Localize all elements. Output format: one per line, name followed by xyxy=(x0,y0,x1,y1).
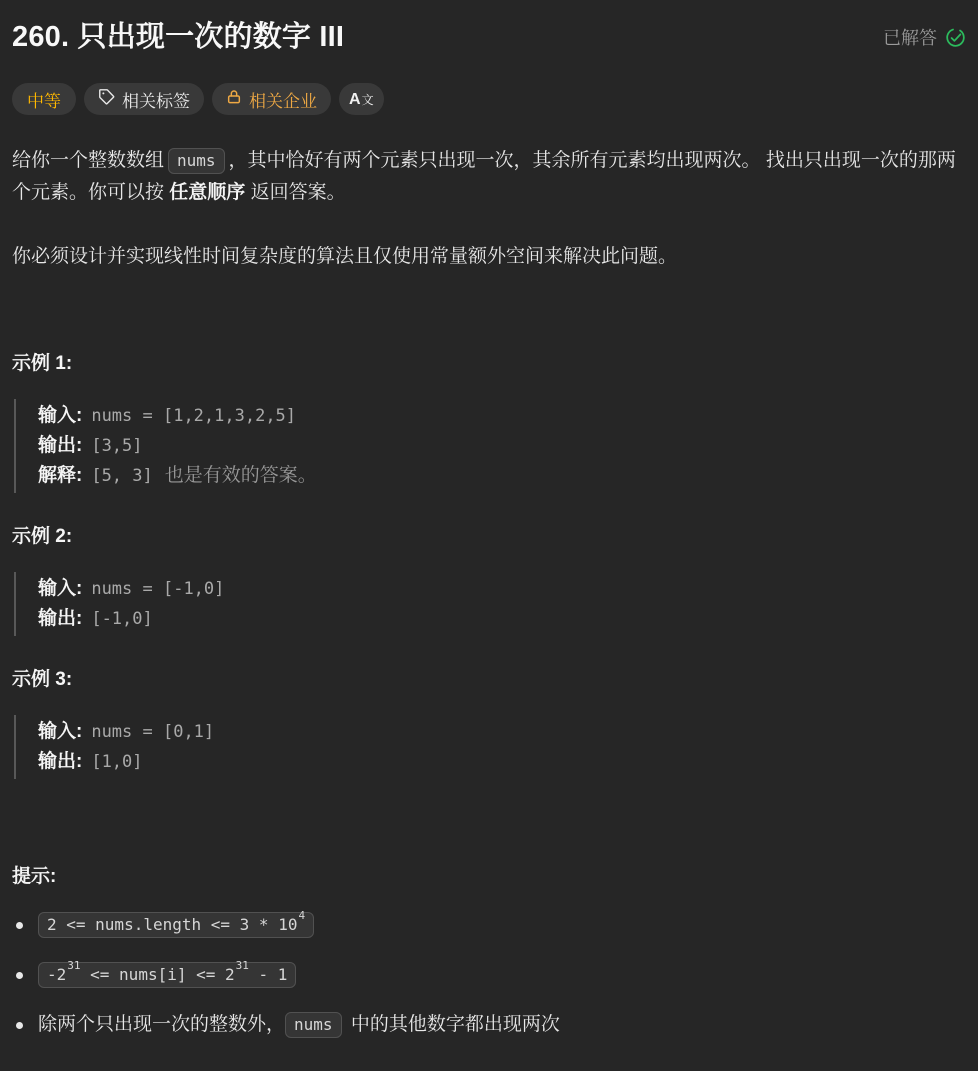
constraint-text: 除两个只出现一次的整数外， xyxy=(38,1014,285,1035)
constraints-list: 2 <= nums.length <= 3 * 104 -231 <= nums… xyxy=(12,910,966,1040)
example-2-heading: 示例 2: xyxy=(12,521,966,548)
input-label: 输入: xyxy=(38,721,82,742)
related-tags-label: 相关标签 xyxy=(122,87,190,112)
constraint-item: 2 <= nums.length <= 3 * 104 xyxy=(12,910,966,940)
input-value: nums = [-1,0] xyxy=(91,579,224,599)
inline-code-nums: nums xyxy=(168,148,225,174)
problem-description-paragraph: 给你一个整数数组nums，其中恰好有两个元素只出现一次，其余所有元素均出现两次。… xyxy=(12,145,966,209)
check-circle-icon xyxy=(945,27,966,48)
example-input-line: 输入:nums = [-1,0] xyxy=(38,574,966,604)
related-companies-badge[interactable]: 相关企业 xyxy=(212,83,331,115)
difficulty-badge: 中等 xyxy=(12,83,76,115)
related-companies-label: 相关企业 xyxy=(249,87,317,112)
output-value: [-1,0] xyxy=(91,609,152,629)
output-label: 输出: xyxy=(38,751,82,772)
constraint-code: 2 <= nums.length <= 3 * 104 xyxy=(38,912,314,938)
input-value: nums = [1,2,1,3,2,5] xyxy=(91,406,296,426)
hints-heading: 提示: xyxy=(12,861,966,888)
explain-code: [5, 3] xyxy=(91,466,152,486)
output-label: 输出: xyxy=(38,608,82,629)
example-output-line: 输出:[-1,0] xyxy=(38,604,966,634)
translate-icon: A文 xyxy=(349,89,374,109)
output-label: 输出: xyxy=(38,435,82,456)
example-input-line: 输入:nums = [0,1] xyxy=(38,717,966,747)
constraint-text: 中的其他数字都出现两次 xyxy=(346,1014,560,1035)
complexity-requirement-paragraph: 你必须设计并实现线性时间复杂度的算法且仅使用常量额外空间来解决此问题。 xyxy=(12,241,966,273)
explain-label: 解释: xyxy=(38,465,82,486)
lock-icon xyxy=(226,89,242,110)
superscript: 31 xyxy=(236,959,249,972)
example-explain-line: 解释:[5, 3]也是有效的答案。 xyxy=(38,461,966,491)
superscript: 31 xyxy=(67,959,80,972)
desc-text: 返回答案。 xyxy=(245,182,345,203)
constraint-item: 除两个只出现一次的整数外，nums 中的其他数字都出现两次 xyxy=(12,1010,966,1040)
explain-text: 也是有效的答案。 xyxy=(165,465,317,486)
output-value: [1,0] xyxy=(91,752,142,772)
example-input-line: 输入:nums = [1,2,1,3,2,5] xyxy=(38,401,966,431)
example-3-heading: 示例 3: xyxy=(12,664,966,691)
example-output-line: 输出:[1,0] xyxy=(38,747,966,777)
tag-icon xyxy=(98,88,115,110)
constraint-item: -231 <= nums[i] <= 231 - 1 xyxy=(12,960,966,990)
example-output-line: 输出:[3,5] xyxy=(38,431,966,461)
desc-bold: 任意顺序 xyxy=(169,182,245,203)
input-label: 输入: xyxy=(38,405,82,426)
desc-text: 给你一个整数数组 xyxy=(12,150,164,171)
badge-row: 中等 相关标签 相关企业 A文 xyxy=(12,83,966,115)
inline-code-nums: nums xyxy=(285,1012,342,1038)
example-1-heading: 示例 1: xyxy=(12,348,966,375)
input-value: nums = [0,1] xyxy=(91,722,214,742)
superscript: 4 xyxy=(298,909,305,922)
example-2-block: 输入:nums = [-1,0] 输出:[-1,0] xyxy=(14,572,966,636)
header: 260. 只出现一次的数字 III 已解答 xyxy=(12,14,966,56)
example-3-block: 输入:nums = [0,1] 输出:[1,0] xyxy=(14,715,966,779)
solved-label: 已解答 xyxy=(883,24,937,50)
translate-badge[interactable]: A文 xyxy=(339,83,384,115)
example-1-block: 输入:nums = [1,2,1,3,2,5] 输出:[3,5] 解释:[5, … xyxy=(14,399,966,493)
related-tags-badge[interactable]: 相关标签 xyxy=(84,83,204,115)
constraint-code: -231 <= nums[i] <= 231 - 1 xyxy=(38,962,296,988)
output-value: [3,5] xyxy=(91,436,142,456)
page-title: 260. 只出现一次的数字 III xyxy=(12,18,344,56)
solved-status: 已解答 xyxy=(883,24,966,50)
input-label: 输入: xyxy=(38,578,82,599)
problem-page: 260. 只出现一次的数字 III 已解答 中等 相关标签 xyxy=(0,0,978,1040)
